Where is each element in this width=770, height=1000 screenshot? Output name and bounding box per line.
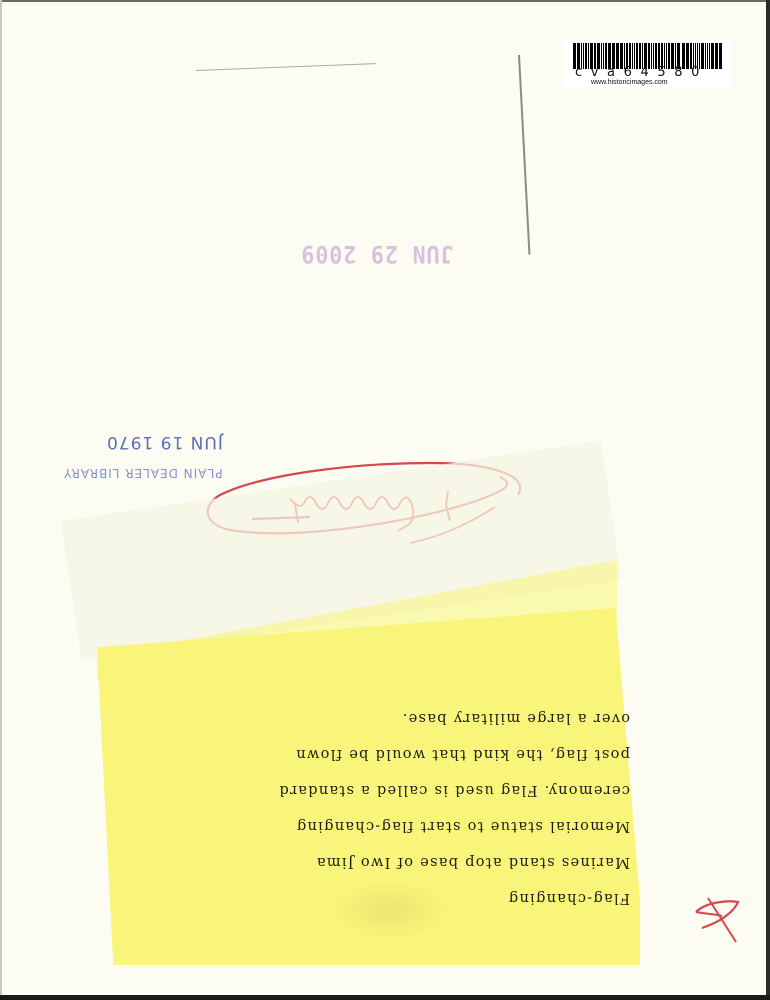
barcode-code: cva64580 <box>575 66 725 80</box>
caption-line: over a large military base. <box>180 700 630 736</box>
handwritten-corner-mark <box>688 890 748 950</box>
caption-line: Marines stand atop base of Iwo Jima <box>180 844 630 880</box>
library-stamp-name: PLAIN DEALER LIBRARY <box>63 466 223 480</box>
paper-edge-top <box>0 0 770 2</box>
caption-line: Memorial statue to start flag-changing <box>180 808 630 844</box>
library-stamp-date: JUN 19 1970 <box>106 432 223 452</box>
caption-line: Flag-changing <box>180 880 630 916</box>
barcode-label: cva64580 www.historicimages.com <box>563 40 731 88</box>
paper-edge-bottom <box>0 995 770 1000</box>
purple-date-stamp: JUN 29 2009 <box>300 240 453 268</box>
barcode-url: www.historicimages.com <box>591 79 731 87</box>
caption-text: Flag-changing Marines stand atop base of… <box>180 700 630 916</box>
caption-line: ceremony. Flag used is called a standard <box>180 772 630 808</box>
caption-line: post flag, the kind that would be flown <box>180 736 630 772</box>
paper-edge-left <box>0 0 2 1000</box>
paper-edge-right <box>766 0 770 1000</box>
